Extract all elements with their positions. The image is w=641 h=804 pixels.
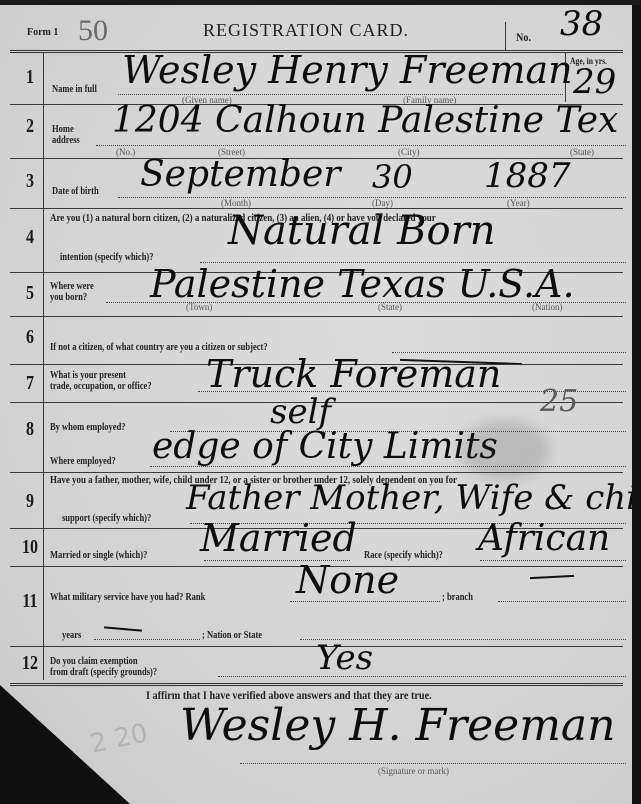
registration-card: Form 1 50 REGISTRATION CARD. No. 38 1 Na… (0, 0, 632, 804)
sublabel: (Year) (507, 198, 530, 208)
label-home: Home (52, 124, 74, 135)
value-exemption[interactable]: Yes (316, 638, 373, 678)
divider (10, 472, 623, 473)
label-branch: ; branch (442, 592, 473, 603)
scan-border (0, 0, 641, 5)
row-number: 3 (20, 170, 39, 193)
field-line (96, 145, 626, 146)
label-address: address (52, 135, 80, 146)
label-dob: Date of birth (52, 186, 99, 197)
label-years: years (62, 630, 81, 641)
row-number: 1 (20, 66, 39, 89)
value-where-employed[interactable]: edge of City Limits (152, 426, 498, 467)
label-exemption-2: from draft (specify grounds)? (50, 667, 157, 678)
value-occupation[interactable]: Truck Foreman (206, 352, 501, 396)
signature-line (240, 763, 626, 764)
sublabel: (No.) (116, 147, 135, 157)
divider (505, 22, 506, 50)
sublabel: (Nation) (532, 302, 563, 312)
card-number: 38 (560, 4, 603, 44)
sublabel: (State) (378, 302, 402, 312)
label-where-employed: Where employed? (50, 456, 116, 467)
value-home-address[interactable]: 1204 Calhoun Palestine Tex (112, 100, 618, 141)
ink-smudge (460, 420, 550, 480)
label-intention: intention (specify which)? (60, 252, 154, 263)
row-number: 8 (20, 418, 39, 441)
sublabel: (Day) (372, 198, 393, 208)
label-employer: By whom employed? (50, 422, 126, 433)
label-you-born: you born? (50, 292, 87, 303)
row-number: 12 (20, 652, 39, 675)
label-occupation-2: trade, occupation, or office? (50, 381, 152, 392)
value-race[interactable]: African (478, 518, 610, 559)
field-line (218, 676, 626, 677)
value-marital-status[interactable]: Married (200, 516, 357, 560)
age-value[interactable]: 29 (573, 62, 616, 102)
card-title: REGISTRATION CARD. (203, 20, 409, 41)
value-birthplace[interactable]: Palestine Texas U.S.A. (150, 262, 575, 306)
signature[interactable]: Wesley H. Freeman (180, 700, 616, 751)
sublabel: (City) (398, 147, 420, 157)
label-name: Name in full (52, 84, 97, 95)
sublabel: (Town) (186, 302, 212, 312)
divider (10, 316, 623, 317)
form-label: Form 1 (27, 27, 58, 38)
field-line (94, 639, 200, 640)
label-married: Married or single (which)? (50, 550, 147, 561)
value-dob-day[interactable]: 30 (372, 158, 413, 196)
sublabel: (State) (570, 147, 594, 157)
margin-mark: 25 (540, 384, 578, 419)
value-dependents[interactable]: Father Mother, Wife & child (186, 478, 641, 518)
divider (43, 52, 44, 680)
field-line (498, 601, 626, 602)
row-number: 9 (20, 490, 39, 513)
value-citizenship[interactable]: Natural Born (228, 208, 496, 254)
label-where-were: Where were (50, 281, 94, 292)
form-stamp-number: 50 (78, 14, 108, 48)
row-number: 4 (20, 226, 39, 249)
label-occupation-1: What is your present (50, 370, 126, 381)
value-name[interactable]: Wesley Henry Freeman (122, 48, 573, 92)
row-number: 7 (20, 372, 39, 395)
value-dob-month[interactable]: September (140, 154, 340, 195)
label-nation-state: ; Nation or State (202, 630, 262, 641)
label-exemption-1: Do you claim exemption (50, 656, 138, 667)
label-military: What military service have you had? Rank (50, 592, 205, 603)
dash-mark (530, 575, 574, 579)
row-number: 10 (20, 536, 39, 559)
value-military-rank[interactable]: None (296, 558, 399, 602)
signature-label: (Signature or mark) (378, 766, 449, 776)
value-dob-year[interactable]: 1887 (484, 156, 571, 196)
row-number: 6 (20, 326, 39, 349)
torn-corner (0, 685, 130, 804)
row-number: 11 (20, 590, 39, 613)
sublabel: (Month) (221, 198, 251, 208)
row-number: 5 (20, 282, 39, 305)
field-line (480, 560, 626, 561)
no-label: No. (516, 32, 531, 43)
row-number: 2 (20, 115, 39, 138)
scan-border (632, 0, 641, 804)
label-support: support (specify which)? (62, 513, 151, 524)
dash-mark (104, 626, 142, 631)
